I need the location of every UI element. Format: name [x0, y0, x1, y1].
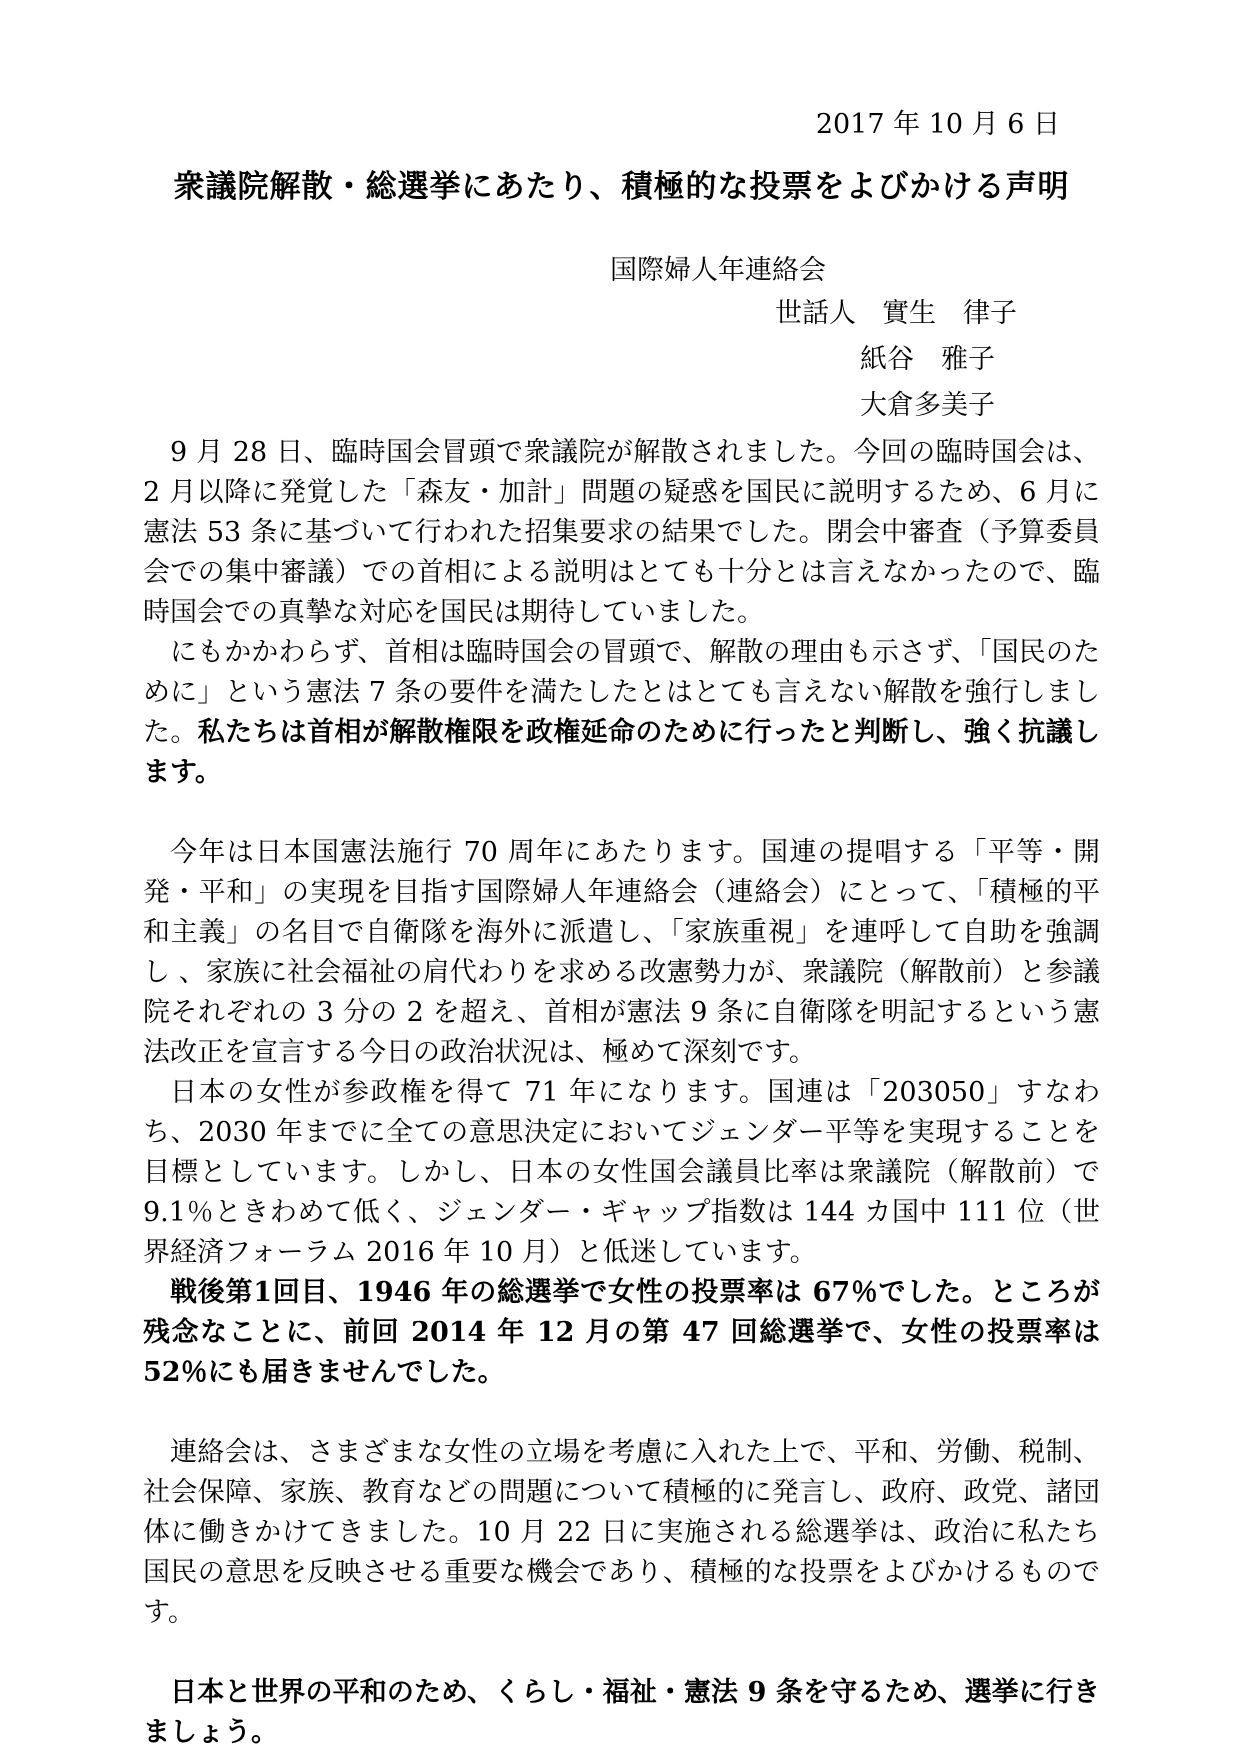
paragraph-turnout-bold: 戦後第1回目、1946 年の総選挙で女性の投票率は 67％でした。ところが残念な…: [143, 1273, 1100, 1393]
signatory-role: 世話人: [775, 298, 856, 329]
signatory-line-2: 紙谷 雅子: [143, 337, 1100, 383]
document-date: 2017 年 10 月 6 日: [143, 105, 1100, 145]
paragraph-gender-gap: 日本の女性が参政権を得て 71 年になります。国連は「203050」すなわち、2…: [143, 1073, 1100, 1273]
paragraph-constitution-70years: 今年は日本国憲法施行 70 周年にあたります。国連の提唱する「平等・開発・平和」…: [143, 833, 1100, 1073]
document-title: 衆議院解散・総選挙にあたり、積極的な投票をよびかける声明: [143, 163, 1100, 211]
paragraph-renrakukai-activities: 連絡会は、さまざまな女性の立場を考慮に入れた上で、平和、労働、税制、社会保障、家…: [143, 1433, 1100, 1633]
signatory-name-1: 實生 律子: [882, 298, 1017, 329]
paragraph-protest-bold-text: 私たちは首相が解散権限を政権延命のために行ったと判断し、強く抗議します。: [143, 717, 1100, 788]
signatory-line-3: 大倉多美子: [143, 383, 1100, 429]
signature-block: 世話人實生 律子 紙谷 雅子 大倉多美子: [143, 291, 1100, 429]
organization-name: 国際婦人年連絡会: [143, 251, 1100, 291]
signatory-line-1: 世話人實生 律子: [143, 291, 1100, 337]
signatory-name-3: 大倉多美子: [860, 390, 995, 421]
signatory-name-2: 紙谷 雅子: [860, 344, 995, 375]
paragraph-call-to-vote-bold: 日本と世界の平和のため、くらし・福祉・憲法 9 条を守るため、選挙に行きましょう…: [143, 1673, 1100, 1753]
paragraph-protest: にもかかわらず、首相は臨時国会の冒頭で、解散の理由も示さず、「国民のために」とい…: [143, 633, 1100, 793]
paragraph-dissolution-facts: 9 月 28 日、臨時国会冒頭で衆議院が解散されました。今回の臨時国会は、2 月…: [143, 433, 1100, 633]
document-page: 2017 年 10 月 6 日 衆議院解散・総選挙にあたり、積極的な投票をよびか…: [0, 0, 1240, 1754]
